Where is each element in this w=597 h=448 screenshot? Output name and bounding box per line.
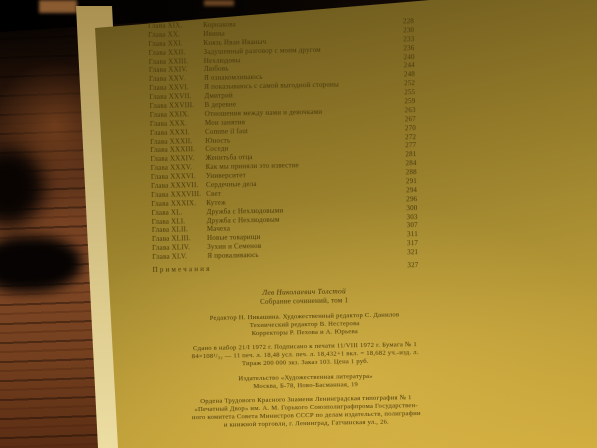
toc-chapter-label: Глава XXX. xyxy=(150,119,205,128)
toc-chapter-title: Женитьба отца xyxy=(205,153,252,162)
toc-chapter-label: Глава XX. xyxy=(148,30,203,39)
publisher-lines: Издательство «Художественная литература»… xyxy=(150,371,462,392)
toc-page-number: 240 xyxy=(391,53,415,61)
toc-chapter-label: Глава XXXVIII. xyxy=(151,190,206,199)
toc-page-number: 248 xyxy=(391,70,415,78)
toc-chapter-title: Князь Иван Иваныч xyxy=(203,38,266,47)
toc-page-number: 284 xyxy=(393,159,417,167)
toc-chapter-label: Глава XXI. xyxy=(148,39,203,48)
notes-page-number: 327 xyxy=(394,261,418,269)
toc-page-number: 307 xyxy=(394,222,418,230)
toc-chapter-title: Дмитрий xyxy=(204,92,233,101)
toc-chapter-label: Глава XXXVI. xyxy=(151,172,206,181)
toc-page-number: 294 xyxy=(393,186,417,194)
toc-page-number: 230 xyxy=(390,26,414,34)
printer-lines: Ордена Трудового Красного Знамени Ленинг… xyxy=(150,394,463,431)
toc-page-number: 244 xyxy=(391,62,415,70)
toc-chapter-title: Зухин и Семенов xyxy=(207,242,261,251)
toc-page-number: 267 xyxy=(392,115,416,123)
toc-page-number: 311 xyxy=(394,230,418,238)
toc-chapter-title: Я ознакомливаюсь xyxy=(204,73,263,82)
toc-chapter-title: Дружба с Нехлюдовыми xyxy=(206,206,283,215)
toc-chapter-label: Глава XLIV. xyxy=(152,243,207,252)
toc-chapter-label: Глава XXXVII. xyxy=(151,181,206,190)
toc-chapter-title: Кутеж xyxy=(206,198,226,206)
dot-leader xyxy=(324,42,385,51)
toc-page-number: 233 xyxy=(390,35,414,43)
background-paper-glimpse-2 xyxy=(204,0,234,6)
toc-page-number: 259 xyxy=(391,97,415,105)
toc-page-number: 300 xyxy=(393,204,417,212)
toc-chapter-title: Мои занятия xyxy=(205,118,245,127)
toc-chapter-label: Глава XXXIX. xyxy=(151,199,206,208)
toc-rows: Глава XIX. Корнакова 228 Глава XX. Ивины… xyxy=(148,15,418,260)
toc-chapter-title: В деревне xyxy=(204,100,236,109)
toc-chapter-title: Юность xyxy=(205,136,230,144)
toc-chapter-label: Глава XLV. xyxy=(152,252,207,261)
toc-chapter-label: Глава XXIX. xyxy=(150,110,205,119)
toc-page-number: 236 xyxy=(390,44,414,52)
toc-chapter-label: Глава XIX. xyxy=(148,21,203,30)
toc-chapter-label: Глава XXII. xyxy=(149,48,204,57)
toc-page-number: 270 xyxy=(392,124,416,132)
toc-page-number: 272 xyxy=(392,133,416,141)
dot-leader xyxy=(325,105,386,114)
print-info-lines: Сдано в набор 21/I 1972 г. Подписано к п… xyxy=(149,341,461,370)
dot-leader xyxy=(262,247,389,257)
toc-chapter-label: Глава XXVII. xyxy=(149,92,204,101)
toc-chapter-title: Мачеха xyxy=(207,225,230,233)
toc-page-number: 277 xyxy=(392,142,416,150)
toc-page-number: 321 xyxy=(394,248,418,256)
toc-chapter-label: Глава XXXII. xyxy=(150,137,205,146)
dot-leader xyxy=(342,78,385,87)
toc-chapter-label: Глава XXV. xyxy=(149,74,204,83)
toc-chapter-label: Глава XXXV. xyxy=(151,163,206,172)
toc-page-number: 288 xyxy=(393,168,417,176)
toc-chapter-label: Глава XXXIV. xyxy=(150,154,205,163)
toc-page-number: 263 xyxy=(392,106,416,114)
notes-label: Примечания xyxy=(152,264,211,273)
toc-page-number: 296 xyxy=(393,195,417,203)
toc-chapter-title: Новые товарищи xyxy=(207,233,261,242)
book-photo: Глава XIX. Корнакова 228 Глава XX. Ивины… xyxy=(0,0,597,448)
toc-page-number: 228 xyxy=(390,17,414,25)
toc-chapter-label: Глава XXIV. xyxy=(149,65,204,74)
toc-chapter-label: Глава XXXIII. xyxy=(150,145,205,154)
toc-chapter-title: Ивины xyxy=(203,29,225,37)
toc-page-number: 281 xyxy=(392,150,416,158)
toc-page-number: 317 xyxy=(394,239,418,247)
toc-chapter-label: Глава XL. xyxy=(151,208,206,217)
toc-chapter-label: Глава XXXI. xyxy=(150,128,205,137)
toc-chapter-title: Университет xyxy=(206,171,246,180)
toc-chapter-label: Глава XXVIII. xyxy=(150,101,205,110)
toc-page-number: 255 xyxy=(391,88,415,96)
toc-chapter-title: Я проваливаюсь xyxy=(207,251,259,260)
toc-chapter-label: Глава XXVI. xyxy=(149,83,204,92)
toc-page-number: 252 xyxy=(391,79,415,87)
toc-chapter-title: Соседи xyxy=(205,145,228,153)
colophon: Лев Николаевич Толстой Собрание сочинени… xyxy=(148,285,463,430)
toc-page-number: 291 xyxy=(393,177,417,185)
toc-page-number: 303 xyxy=(394,213,418,221)
background-paper-glimpse xyxy=(39,0,77,13)
staff-lines: Редактор Н. Никашина. Художественный ред… xyxy=(148,310,460,339)
toc-chapter-title: Свет xyxy=(206,190,221,198)
table-of-contents: Глава XIX. Корнакова 228 Глава XX. Ивины… xyxy=(148,15,419,272)
toc-chapter-label: Глава XLII. xyxy=(152,225,207,234)
toc-chapter-label: Глава XXIII. xyxy=(149,57,204,66)
toc-chapter-label: Глава XLI. xyxy=(152,217,207,226)
toc-chapter-title: Любовь xyxy=(204,65,229,73)
toc-chapter-label: Глава XLIII. xyxy=(152,234,207,243)
